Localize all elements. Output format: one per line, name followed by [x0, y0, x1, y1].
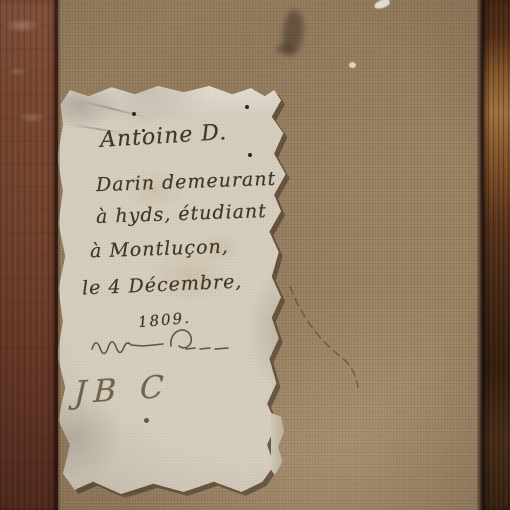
- ink-dot: [248, 153, 252, 157]
- frame-rail-right: [483, 0, 510, 510]
- handwritten-line-name: Antoine D.: [99, 120, 228, 153]
- frame-rail-left: [0, 0, 58, 510]
- handwritten-initials: JB C: [73, 369, 171, 412]
- white-paint-speck: [349, 62, 356, 68]
- handwritten-line-residence: à hyds, étudiant: [96, 200, 268, 228]
- ink-dot: [142, 129, 145, 132]
- frame-rail-left-shadow-edge: [55, 0, 60, 510]
- handwritten-line-date: le 4 Décembre,: [82, 271, 243, 300]
- canvas-smudge-mark-foot: [276, 44, 292, 54]
- handwritten-line-town: à Montluçon,: [90, 236, 229, 263]
- photo-back-of-painting: Antoine D. Darin demeurant à hyds, étudi…: [0, 0, 510, 510]
- ink-speck: [144, 418, 149, 423]
- signature-flourish: [88, 327, 258, 361]
- canvas-scratch-line: [278, 272, 388, 412]
- ink-dot: [245, 105, 249, 109]
- paper-label: Antoine D. Darin demeurant à hyds, étudi…: [56, 84, 288, 494]
- paper-crease: [77, 99, 149, 119]
- ink-dot: [132, 112, 136, 116]
- handwritten-line-surname: Darin demeurant: [96, 168, 277, 196]
